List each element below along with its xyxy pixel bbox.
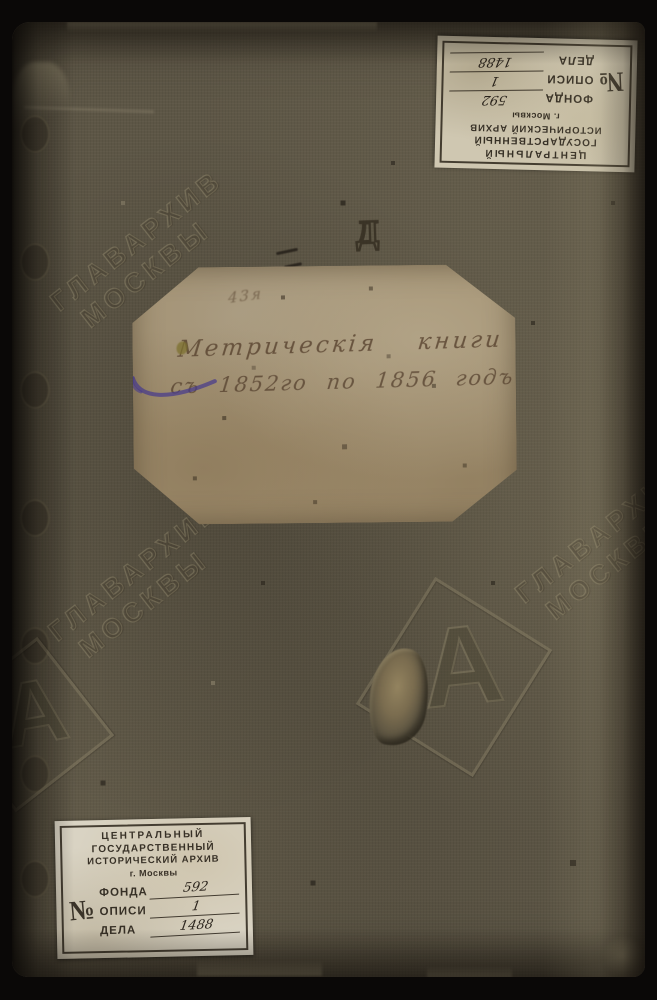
title-label: 43я Метрическія книги съ 1852го по 1856 … bbox=[132, 264, 518, 525]
binding-stitch bbox=[20, 755, 50, 793]
binding-stitch bbox=[20, 371, 50, 409]
glavarkhiv-watermark-text: ГЛАВАРХИВ МОСКВЫ bbox=[510, 456, 645, 635]
row-label: ФОНДА bbox=[541, 91, 593, 104]
row-value-handwritten: 1488 bbox=[447, 52, 544, 69]
ink-flourish bbox=[129, 367, 221, 410]
worn-corner bbox=[600, 937, 645, 975]
cover-specks bbox=[12, 22, 14, 24]
stamp-rows: № ФОНДА 592 ОПИСИ 1 ДЕЛА 1488 bbox=[68, 880, 241, 941]
binding-stitch bbox=[20, 627, 50, 665]
binding-stitch bbox=[20, 115, 50, 153]
watermark-line: МОСКВЫ bbox=[529, 481, 645, 635]
stamp-frame: ЦЕНТРАЛЬНЫЙ ГОСУДАРСТВЕННЫЙ ИСТОРИЧЕСКИЙ… bbox=[60, 822, 249, 954]
fabric-tear bbox=[363, 644, 434, 749]
row-value-handwritten: 1 bbox=[150, 897, 242, 918]
watermark-line: ГЛАВАРХИВ bbox=[510, 456, 645, 610]
stamp-row-opis: ОПИСИ 1 bbox=[99, 899, 240, 918]
worn-edge bbox=[197, 960, 322, 976]
row-value-handwritten: 592 bbox=[150, 878, 242, 899]
row-value-handwritten: 592 bbox=[446, 90, 543, 107]
number-sign: № bbox=[68, 895, 96, 929]
archive-stamp-label-top: ЦЕНТРАЛЬНЫЙ ГОСУДАРСТВЕННЫЙ ИСТОРИЧЕСКИЙ… bbox=[434, 36, 637, 173]
binding-stitch bbox=[20, 499, 50, 537]
row-label: ФОНДА bbox=[99, 886, 151, 899]
handwritten-title: Метрическія книги bbox=[177, 327, 505, 363]
handwritten-years: съ 1852го по 1856 годъ bbox=[169, 365, 516, 399]
stamp-frame: ЦЕНТРАЛЬНЫЙ ГОСУДАРСТВЕННЫЙ ИСТОРИЧЕСКИЙ… bbox=[440, 41, 633, 168]
watermark-line: МОСКВЫ bbox=[62, 519, 247, 673]
stamp-rows: № ФОНДА 592 ОПИСИ 1 ДЕЛА 1488 bbox=[448, 48, 625, 109]
row-value-handwritten: 1488 bbox=[150, 916, 242, 937]
stamp-row-fond: ФОНДА 592 bbox=[99, 880, 240, 899]
stamp-row-delo: ДЕЛА 1488 bbox=[100, 918, 241, 937]
ink-dash bbox=[276, 248, 298, 256]
row-label: ДЕЛА bbox=[542, 53, 594, 66]
label-corner-note: 43я bbox=[228, 284, 263, 307]
stamp-row-fond: ФОНДА 592 bbox=[448, 89, 593, 109]
stamp-row-opis: ОПИСИ 1 bbox=[448, 70, 593, 90]
stamp-row-delo: ДЕЛА 1488 bbox=[449, 51, 594, 71]
letter-d-mark: Д bbox=[355, 215, 379, 253]
book-cover: ГЛАВАРХИВ МОСКВЫ ГЛАВАРХИВ МОСКВЫ ГЛАВАР… bbox=[12, 22, 645, 977]
archive-stamp-label-bottom: ЦЕНТРАЛЬНЫЙ ГОСУДАРСТВЕННЫЙ ИСТОРИЧЕСКИЙ… bbox=[55, 817, 254, 959]
row-label: ДЕЛА bbox=[100, 924, 152, 937]
binding-stitch bbox=[20, 860, 50, 898]
worn-edge bbox=[427, 966, 512, 977]
row-label: ОПИСИ bbox=[99, 905, 151, 918]
row-label: ОПИСИ bbox=[541, 72, 593, 85]
binding-stitch bbox=[20, 243, 50, 281]
worn-edge bbox=[67, 22, 377, 32]
label-specks bbox=[132, 268, 134, 270]
number-sign: № bbox=[598, 64, 625, 96]
photo-background: ГЛАВАРХИВ МОСКВЫ ГЛАВАРХИВ МОСКВЫ ГЛАВАР… bbox=[0, 0, 657, 1000]
row-value-handwritten: 1 bbox=[447, 71, 544, 88]
